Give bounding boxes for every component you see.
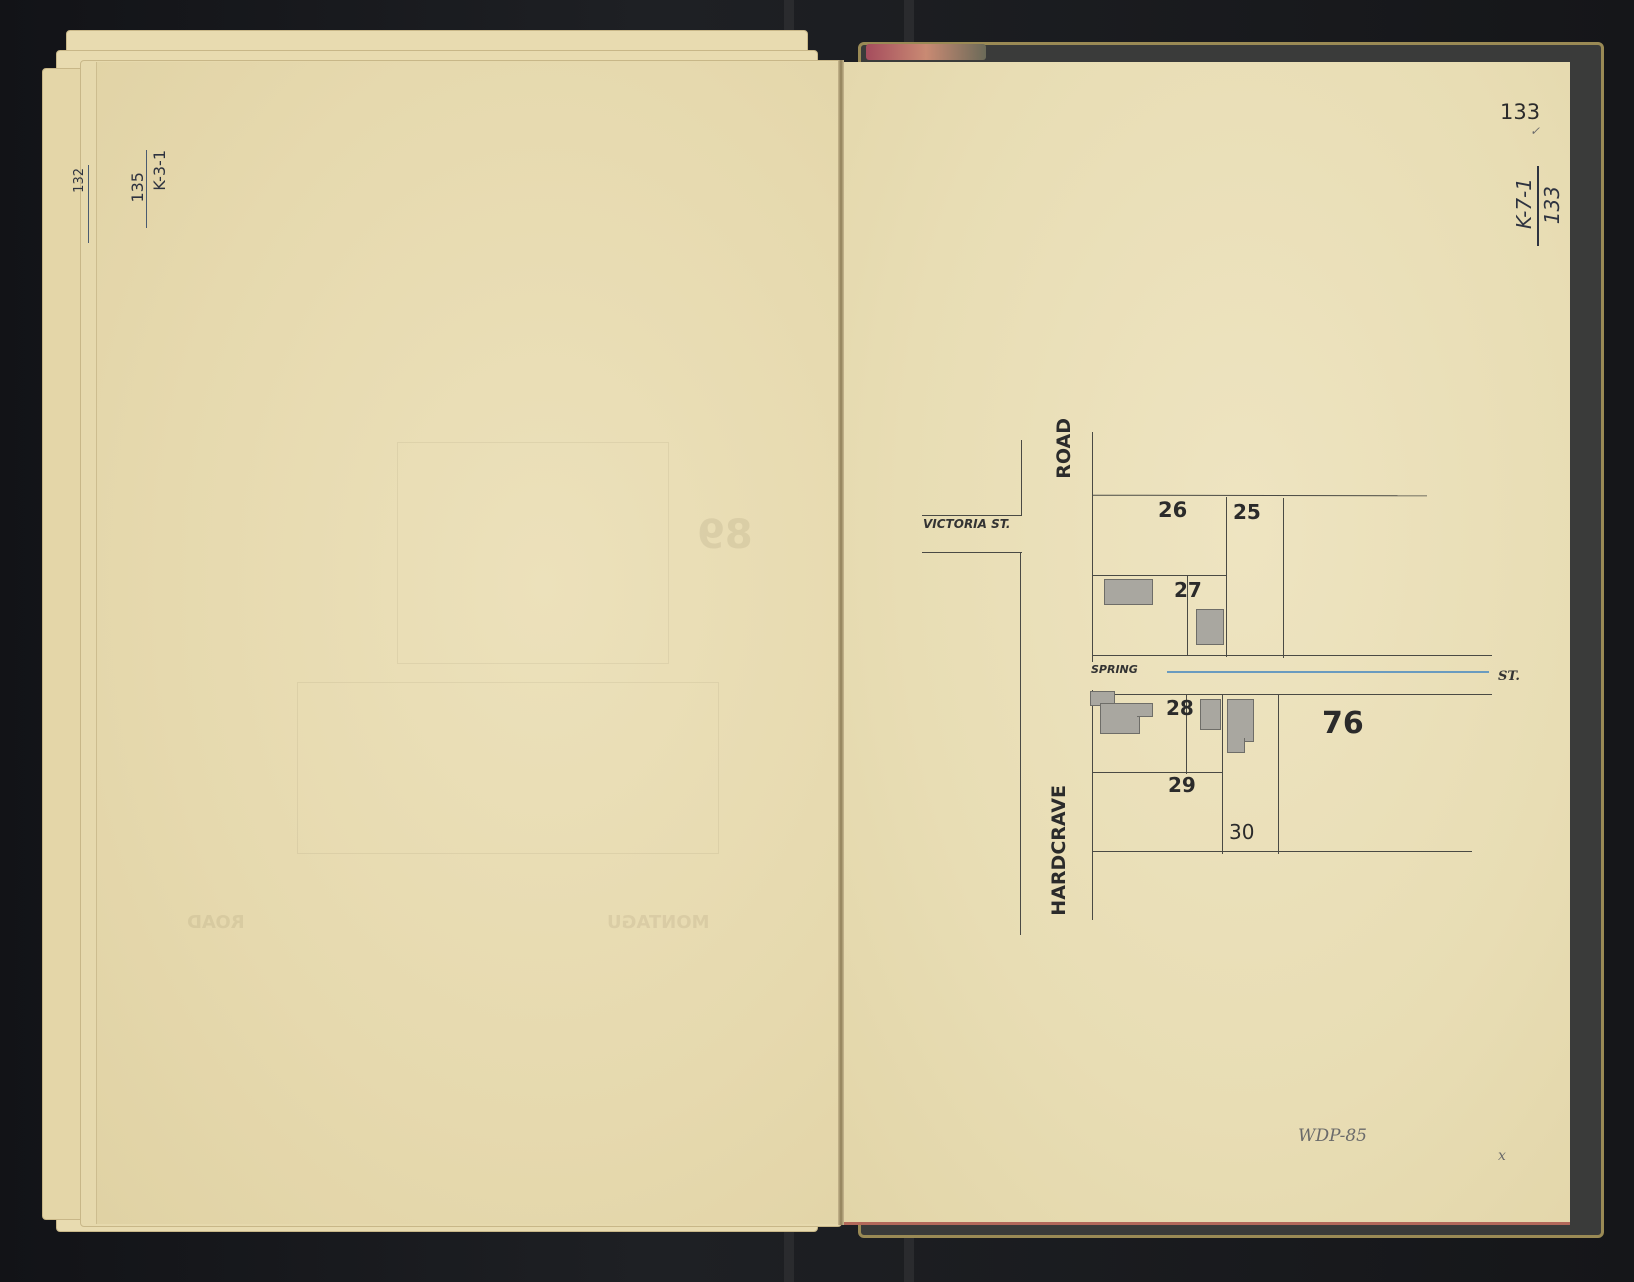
lot-number: 25	[1233, 500, 1261, 524]
road-label: ROAD	[1053, 418, 1075, 479]
lot-line	[1278, 694, 1279, 854]
show-through-word: ROAD	[187, 912, 245, 933]
building-footprint	[1100, 703, 1140, 734]
spring-st-north-line	[1092, 655, 1492, 656]
check-mark: ✓	[1530, 124, 1540, 138]
building-footprint	[1196, 609, 1224, 645]
road-east-edge-line	[1092, 432, 1093, 662]
lot-number: 28	[1166, 696, 1194, 720]
pencil-reference-note: WDP-85	[1298, 1126, 1367, 1146]
building-footprint	[1137, 703, 1153, 717]
lot-line	[1283, 498, 1284, 658]
lot-number: 29	[1168, 773, 1196, 797]
lot-line	[1226, 497, 1227, 657]
fraction-denominator: K-3-1	[150, 150, 169, 191]
lot-line	[1092, 575, 1226, 576]
index-denominator: 133	[1540, 186, 1564, 224]
lot-number: 26	[1158, 498, 1187, 522]
building-footprint	[1104, 579, 1153, 605]
show-through-number: 89	[697, 512, 753, 558]
page-ref-note: 132	[72, 168, 87, 193]
building-footprint	[1200, 699, 1221, 730]
note-rule	[88, 165, 89, 243]
spring-st-label-suffix: ST.	[1498, 669, 1520, 684]
block-south-line	[1092, 851, 1472, 852]
fraction-bar	[146, 150, 147, 228]
show-through-block	[297, 682, 719, 854]
lot-line	[1092, 772, 1223, 773]
lot-number-large: 76	[1322, 706, 1364, 741]
lot-line	[1222, 694, 1223, 854]
victoria-st-label: VICTORIA ST.	[923, 517, 1010, 531]
lot-number: 27	[1174, 578, 1202, 602]
red-page-edge	[866, 44, 986, 60]
show-through-block	[397, 442, 669, 664]
water-main-line	[1167, 671, 1489, 673]
hardcrave-road-label: HARDCRAVE	[1048, 785, 1070, 916]
building-footprint	[1227, 699, 1254, 742]
show-through-word: MONTAGU	[607, 912, 709, 933]
road-edge-line	[1020, 552, 1021, 935]
fraction-numerator: 135	[128, 172, 147, 203]
book-gutter	[838, 60, 844, 1225]
lot-number: 30	[1229, 820, 1254, 844]
building-footprint	[1227, 738, 1245, 753]
index-fraction-bar	[1537, 166, 1539, 246]
road-edge-line	[1021, 440, 1022, 516]
pencil-mark: x	[1498, 1148, 1506, 1164]
road-east-edge-line	[1092, 690, 1093, 920]
victoria-st-south-line	[922, 552, 1022, 553]
spring-st-south-line	[1092, 694, 1492, 695]
page-number: 133	[1500, 100, 1540, 124]
victoria-st-north-line	[922, 515, 1022, 516]
index-numerator: K-7-1	[1512, 178, 1536, 229]
left-page: 89 ROAD MONTAGU	[96, 62, 841, 1224]
spring-st-label: SPRING	[1091, 663, 1138, 676]
